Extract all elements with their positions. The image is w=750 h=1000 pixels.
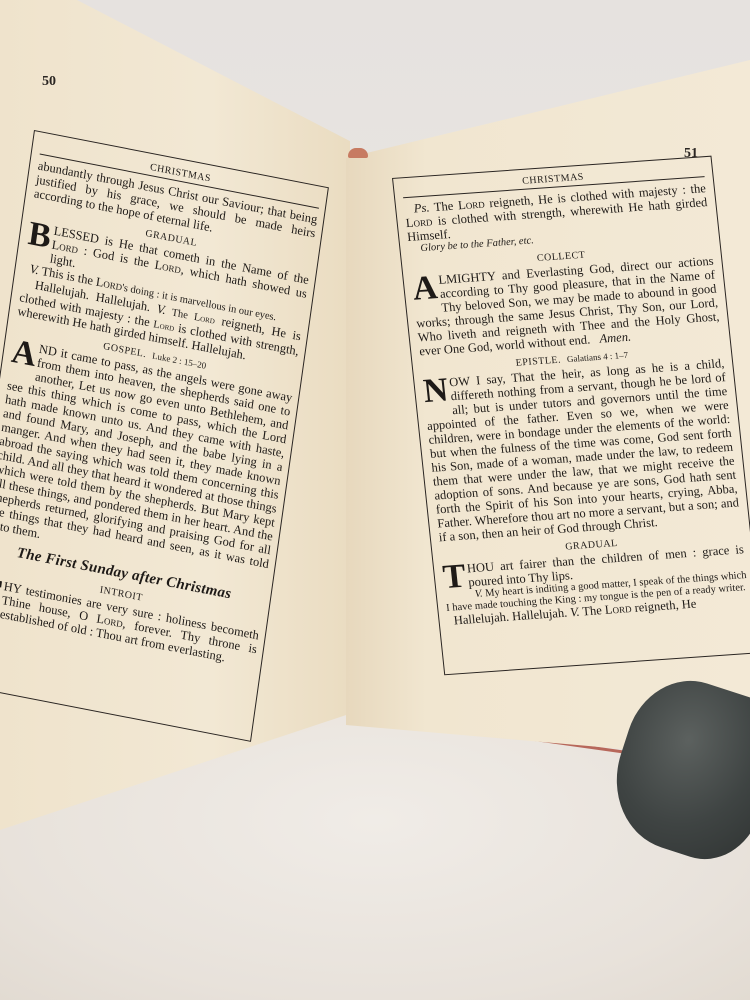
psalm-marker: Ps. [413,200,430,215]
drop-cap: A [411,274,438,304]
drop-cap: T [442,562,468,591]
drop-cap: N [422,376,449,406]
amen: Amen. [599,329,632,345]
right-page-text-frame: CHRISTMAS Ps. The Lord reigneth, He is c… [392,156,750,676]
page-number-left: 50 [42,74,56,90]
drop-cap: B [27,220,53,252]
drop-cap: A [10,338,38,370]
scripture-reference: Galatians 4 : 1–7 [566,350,628,364]
bookmark-ribbon [348,148,368,158]
epistle-text: NOW I say, That the heir, as long as he … [422,356,741,544]
